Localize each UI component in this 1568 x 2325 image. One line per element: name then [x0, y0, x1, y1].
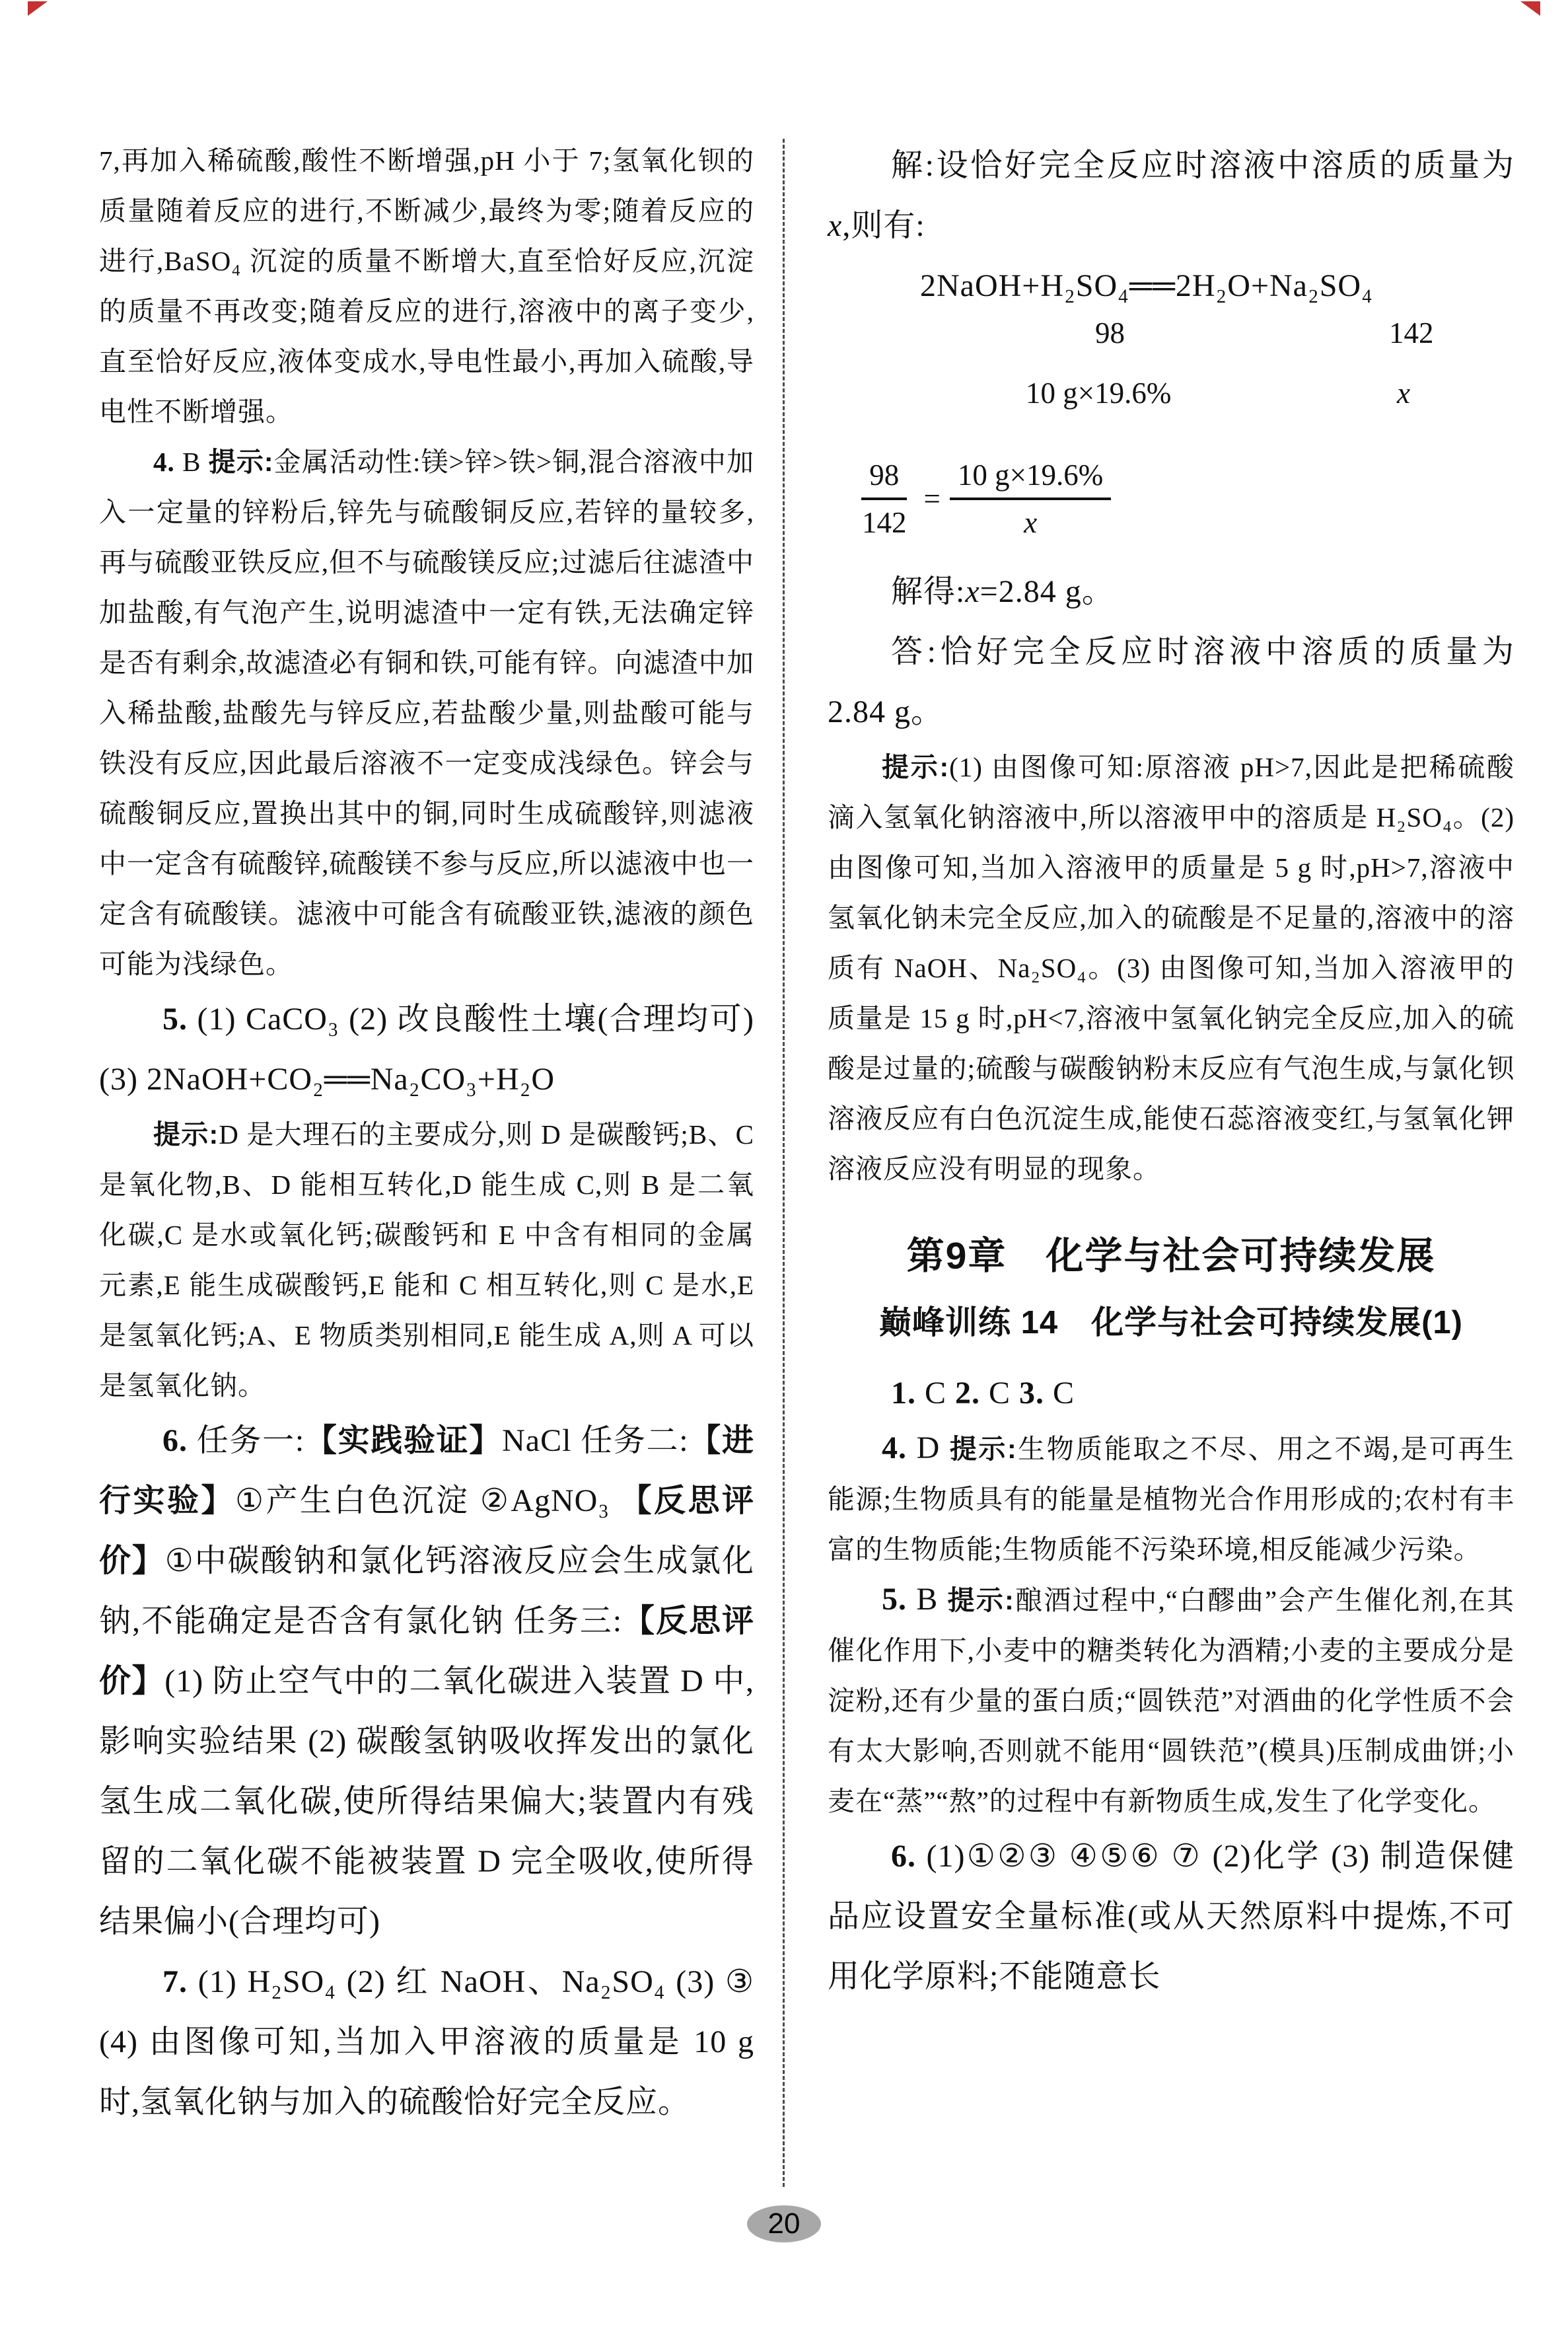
corner-mark-icon [1520, 1, 1540, 16]
fraction-denominator: 142 [854, 500, 915, 540]
corner-mark-icon [28, 1, 48, 16]
right-column: 解:设恰好完全反应时溶液中溶质的质量为 x,则有: 2NaOH+H₂SO₄══2… [828, 135, 1515, 2007]
answer-item-7: 7. (1) H₂SO₄ (2) 红 NaOH、Na₂SO₄ (3) ③ (4)… [99, 1952, 754, 2132]
chapter-title: 第9章 化学与社会可持续发展 [828, 1226, 1515, 1280]
given-mass-reactant: 10 g×19.6% [1026, 376, 1171, 410]
equals-sign: = [924, 482, 941, 516]
section-title: 巅峰训练 14 化学与社会可持续发展(1) [828, 1297, 1515, 1343]
given-mass-unknown: x [1397, 376, 1410, 410]
solution-answer: 答:恰好完全反应时溶液中溶质的质量为 2.84 g。 [828, 622, 1515, 742]
answer-item-5-hint: 提示:D 是大理石的主要成分,则 D 是碳酸钙;B、C 是氧化物,B、D 能相互… [99, 1109, 754, 1411]
answer-item-4-right: 4. D 提示:生物质能取之不尽、用之不竭,是可再生能源;生物质具有的能量是植物… [828, 1423, 1515, 1574]
page-number: 20 [768, 2207, 801, 2240]
solution-block: 解:设恰好完全反应时溶液中溶质的质量为 x,则有: 2NaOH+H₂SO₄══2… [828, 135, 1515, 742]
fraction-numerator: 98 [861, 458, 907, 500]
solution-intro: 解:设恰好完全反应时溶液中溶质的质量为 x,则有: [828, 135, 1515, 256]
answer-item-7-hint: 提示:(1) 由图像可知:原溶液 pH>7,因此是把稀硫酸滴入氢氧化钠溶液中,所… [828, 742, 1515, 1194]
fraction-left: 98 142 [854, 458, 915, 540]
fraction-numerator: 10 g×19.6% [950, 458, 1111, 500]
answer-item-5: 5. (1) CaCO₃ (2) 改良酸性土壤(合理均可) (3) 2NaOH+… [99, 989, 754, 1109]
given-mass-line: 10 g×19.6% x [828, 376, 1515, 436]
workbook-answer-page: { "colors": { "text_black": "#111111", "… [0, 0, 1568, 2325]
molar-mass-product: 142 [1389, 316, 1434, 350]
answer-item-4-left: 4. B 提示:金属活动性:镁>锌>铁>铜,混合溶液中加入一定量的锌粉后,锌先与… [99, 437, 754, 989]
continuation-paragraph: 7,再加入稀硫酸,酸性不断增强,pH 小于 7;氢氧化钡的质量随着反应的进行,不… [99, 135, 754, 437]
answer-item-6-right: 6. (1)①②③ ④⑤⑥ ⑦ (2)化学 (3) 制造保健品应设置安全量标准(… [828, 1826, 1515, 2007]
answer-item-5-right: 5. B 提示:酿酒过程中,“白醪曲”会产生催化剂,在其催化作用下,小麦中的糖类… [828, 1574, 1515, 1826]
fraction-right: 10 g×19.6% x [950, 458, 1111, 540]
molar-mass-line: 98 142 [828, 316, 1515, 376]
chemical-equation: 2NaOH+H₂SO₄══2H₂O+Na₂SO₄ [828, 256, 1515, 316]
answer-item-6: 6. 任务一:【实践验证】NaCl 任务二:【进行实验】①产生白色沉淀 ②AgN… [99, 1411, 754, 1952]
proportion-equation: 98 142 = 10 g×19.6% x [828, 436, 1515, 562]
molar-mass-reactant: 98 [1095, 316, 1125, 350]
fraction-denominator: x [1016, 500, 1045, 540]
solution-result: 解得:x=2.84 g。 [828, 562, 1515, 622]
page-number-badge: 20 [747, 2205, 821, 2242]
column-divider [783, 139, 785, 2187]
left-column: 7,再加入稀硫酸,酸性不断增强,pH 小于 7;氢氧化钡的质量随着反应的进行,不… [99, 135, 754, 2132]
answer-items-1-3: 1. C 2. C 3. C [828, 1363, 1515, 1423]
